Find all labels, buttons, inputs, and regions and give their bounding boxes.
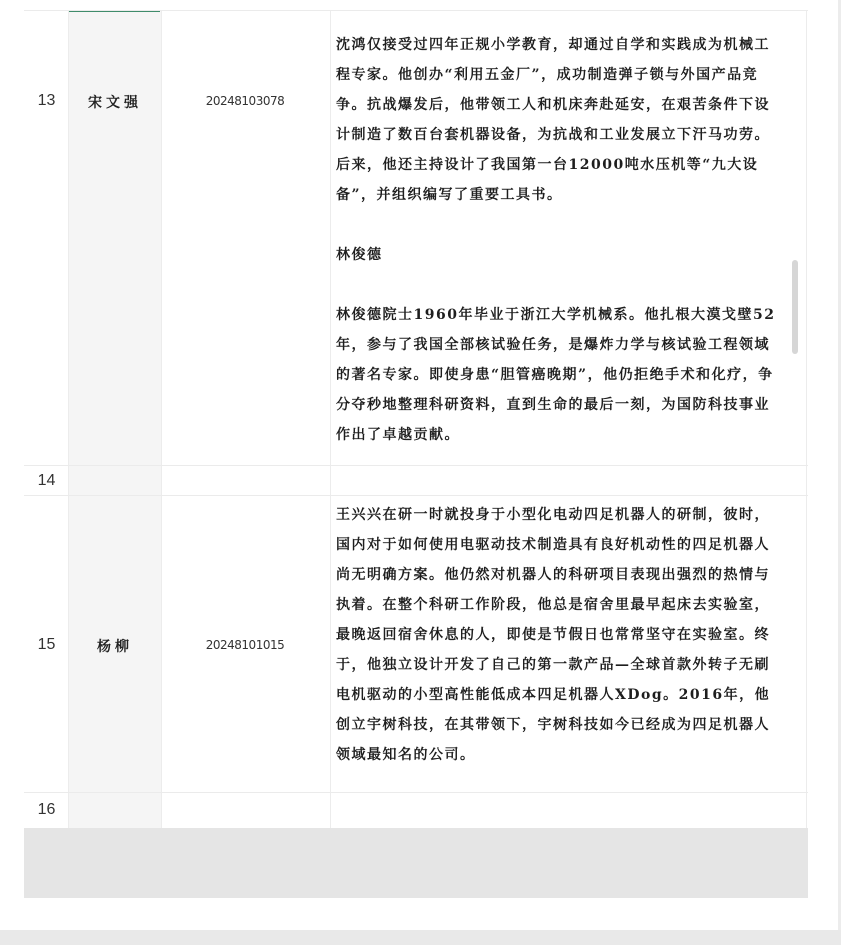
row-number[interactable]: 16 (24, 801, 69, 819)
bottom-bar (0, 930, 841, 945)
row-number[interactable]: 15 (24, 636, 69, 654)
name-cell[interactable]: 宋文强 (69, 92, 161, 112)
row-divider (24, 495, 808, 496)
row-number[interactable]: 14 (24, 472, 69, 490)
row-number[interactable]: 13 (24, 92, 69, 110)
spreadsheet-page: 13 宋文强 20248103078 沈鸿仅接受过四年正规小学教育，却通过自学和… (0, 0, 841, 930)
description-cell[interactable]: 王兴兴在研一时就投身于小型化电动四足机器人的研制，彼时，国内对于如何使用电驱动技… (336, 500, 776, 770)
column-divider (330, 10, 331, 828)
row-divider (24, 465, 808, 466)
student-id-cell[interactable]: 20248101015 (161, 638, 329, 652)
student-id-cell[interactable]: 20248103078 (161, 94, 329, 108)
sheet-footer-area (24, 828, 808, 898)
row-divider (24, 10, 808, 11)
name-column-highlight (69, 10, 161, 828)
vertical-scrollbar[interactable] (792, 260, 798, 354)
description-paragraph: 王兴兴在研一时就投身于小型化电动四足机器人的研制，彼时，国内对于如何使用电驱动技… (336, 500, 776, 770)
column-divider (161, 10, 162, 828)
column-divider (806, 10, 807, 828)
description-paragraph: 林俊德院士1960年毕业于浙江大学机械系。他扎根大漠戈壁52年，参与了我国全部核… (336, 300, 776, 450)
description-heading: 林俊德 (336, 240, 776, 270)
spreadsheet-grid: 13 宋文强 20248103078 沈鸿仅接受过四年正规小学教育，却通过自学和… (24, 10, 808, 828)
description-paragraph: 沈鸿仅接受过四年正规小学教育，却通过自学和实践成为机械工程专家。他创办“利用五金… (336, 30, 776, 210)
column-divider (68, 10, 69, 828)
row-divider (24, 792, 808, 793)
description-cell[interactable]: 沈鸿仅接受过四年正规小学教育，却通过自学和实践成为机械工程专家。他创办“利用五金… (336, 30, 776, 450)
name-cell[interactable]: 杨柳 (69, 636, 161, 656)
